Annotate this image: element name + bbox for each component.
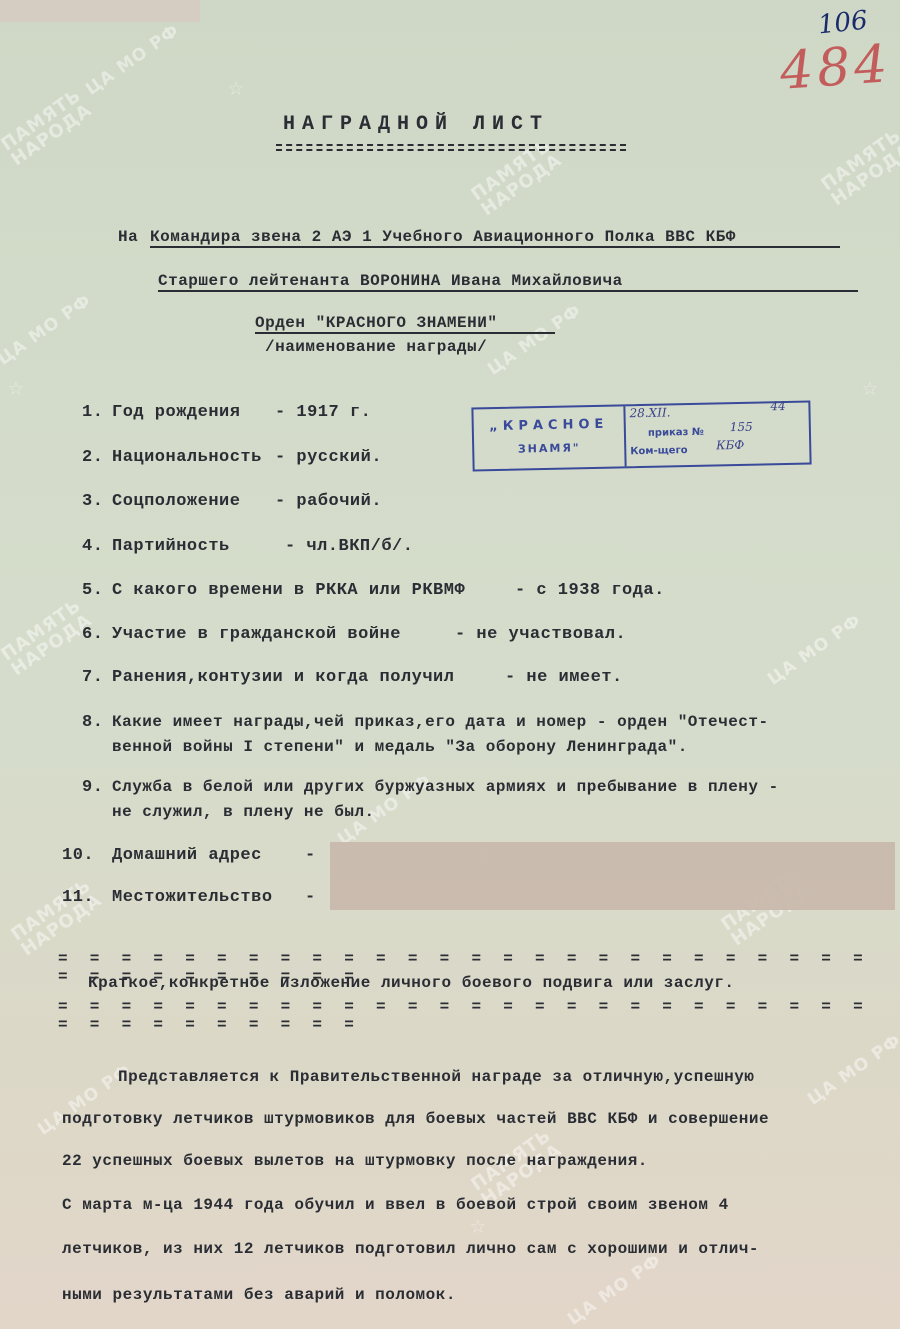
watermark-memory: ПАМЯТЬНАРОДА [818,126,900,209]
watermark-star-icon: ☆ [470,1210,486,1241]
watermark-memory: ПАМЯТЬНАРОДА [0,86,95,169]
watermark-archive: ЦА МО РФ [0,290,95,369]
watermark-archive: ЦА МО РФ [764,610,865,689]
field-label: Служба в белой или других буржуазных арм… [112,778,779,796]
narrative-line: Представляется к Правительственной награ… [118,1068,754,1086]
watermark-star-icon: ☆ [8,372,24,403]
field-value: - чл.ВКП/б/. [285,537,413,556]
paper-edge [0,0,200,22]
field-label: Соцположение [112,492,240,511]
watermark-star-icon: ☆ [228,72,244,103]
field-value: - не участвовал. [455,625,626,644]
award-name: Орден "КРАСНОГО ЗНАМЕНИ" [255,314,555,334]
stamp-award-line1: „КРАСНОЕ [474,416,624,434]
field-value: не служил, в плену не был. [112,803,375,821]
field-value: - [305,846,316,865]
narrative-line: 22 успешных боевых вылетов на штурмовку … [62,1152,648,1170]
watermark-archive: ЦА МО РФ [564,1250,665,1329]
title-double-underline [276,144,626,151]
recipient-prefix: На [118,228,138,246]
watermark-archive: ЦА МО РФ [804,1030,900,1109]
field-label: Ранения,контузии и когда получил [112,668,454,687]
award-name-caption: /наименование награды/ [265,338,487,356]
dash-rule-bottom: = = = = = = = = = = = = = = = = = = = = … [58,998,900,1034]
archive-number-red: 484 [778,34,893,102]
field-label: Какие имеет награды,чей приказ,его дата … [112,713,769,731]
document-title: НАГРАДНОЙ ЛИСТ [283,113,549,136]
narrative-line: С марта м-ца 1944 года обучил и ввел в б… [62,1196,729,1214]
award-sheet-page: ЦА МО РФ ЦА МО РФ ЦА МО РФ ЦА МО РФ ЦА М… [0,0,900,1329]
field-value: - [305,888,316,907]
recipient-rank-name: Старшего лейтенанта ВОРОНИНА Ивана Михай… [158,272,858,292]
field-label: Партийность [112,537,230,556]
stamp-order-number: 155 [730,420,753,434]
section-heading: Краткое,конкретное изложение личного бое… [88,974,735,992]
field-value: - с 1938 года. [515,581,665,600]
stamp-commander-value: КБФ [716,438,744,453]
narrative-line: подготовку летчиков штурмовиков для боев… [62,1110,769,1128]
field-value: венной войны I степени" и медаль "За обо… [112,738,688,756]
field-label: Участие в гражданской войне [112,625,401,644]
watermark-archive: ЦА МО РФ [82,20,183,99]
narrative-line: ными результатами без аварий и поломок. [62,1286,456,1304]
stamp-year: 44 [770,399,786,413]
stamp-order-label: приказ № [648,427,704,439]
field-value: - русский. [275,448,382,467]
field-label: Национальность [112,448,262,467]
stamp-date: 28.XII. [629,405,670,420]
field-value: - рабочий. [275,492,382,511]
stamp-commander-label: Ком-щего [630,445,688,457]
field-label: Домашний адрес [112,846,262,865]
stamp-award-line2: ЗНАМЯ" [474,440,624,456]
narrative-line: летчиков, из них 12 летчиков подготовил … [62,1240,759,1258]
award-stamp: „КРАСНОЕ ЗНАМЯ" 28.XII. 44 приказ № 155 … [471,400,811,471]
field-value: - не имеет. [505,668,623,687]
field-label: Местожительство [112,888,273,907]
field-label: С какого времени в РККА или РКВМФ [112,581,465,600]
watermark-archive: ЦА МО РФ [484,300,585,379]
redacted-block [330,842,895,910]
watermark-star-icon: ☆ [862,372,878,403]
field-value: - 1917 г. [275,403,371,422]
recipient-position: Командира звена 2 АЭ 1 Учебного Авиацион… [150,228,840,248]
field-label: Год рождения [112,403,240,422]
